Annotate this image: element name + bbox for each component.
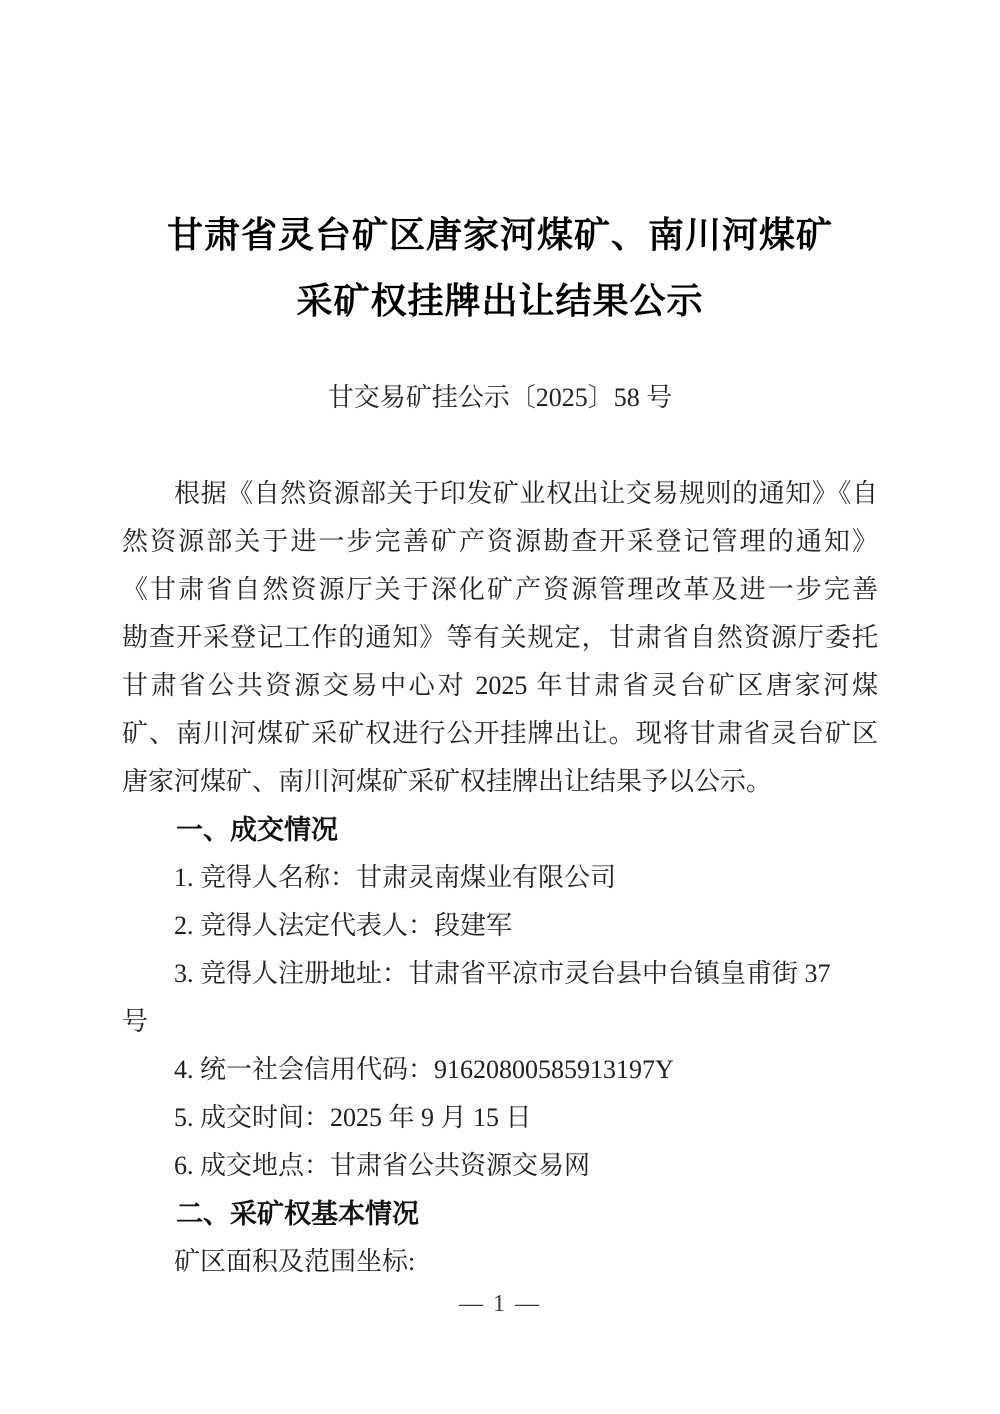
- list-item-continuation: 号: [122, 998, 878, 1046]
- intro-line: 甘肃省公共资源交易中心对 2025 年甘肃省灵台矿区唐家河煤: [122, 662, 878, 710]
- document-title-line2: 采矿权挂牌出让结果公示: [122, 268, 878, 334]
- list-item: 6. 成交地点：甘肃省公共资源交易网: [122, 1142, 878, 1190]
- intro-line: 然资源部关于进一步完善矿产资源勘查开采登记管理的通知》: [122, 518, 878, 566]
- document-title-line1: 甘肃省灵台矿区唐家河煤矿、南川河煤矿: [122, 202, 878, 268]
- list-item: 2. 竞得人法定代表人：段建军: [122, 902, 878, 950]
- page-number: — 1 —: [122, 1288, 878, 1320]
- section2-heading: 二、采矿权基本情况: [122, 1190, 878, 1238]
- intro-line: 《甘肃省自然资源厅关于深化矿产资源管理改革及进一步完善: [122, 566, 878, 614]
- document-page: 甘肃省灵台矿区唐家河煤矿、南川河煤矿 采矿权挂牌出让结果公示 甘交易矿挂公示〔2…: [0, 0, 1000, 1414]
- list-item: 5. 成交时间：2025 年 9 月 15 日: [122, 1094, 878, 1142]
- document-title: 甘肃省灵台矿区唐家河煤矿、南川河煤矿 采矿权挂牌出让结果公示: [122, 202, 878, 334]
- intro-line: 勘查开采登记工作的通知》等有关规定，甘肃省自然资源厅委托: [122, 614, 878, 662]
- intro-line: 唐家河煤矿、南川河煤矿采矿权挂牌出让结果予以公示。: [122, 758, 878, 806]
- section2-line: 矿区面积及范围坐标:: [122, 1238, 878, 1286]
- list-item: 4. 统一社会信用代码：91620800585913197Y: [122, 1046, 878, 1094]
- intro-line: 根据《自然资源部关于印发矿业权出让交易规则的通知》《自: [122, 470, 878, 518]
- section1-heading: 一、成交情况: [122, 806, 878, 854]
- intro-line: 矿、南川河煤矿采矿权进行公开挂牌出让。现将甘肃省灵台矿区: [122, 710, 878, 758]
- list-item: 3. 竞得人注册地址：甘肃省平凉市灵台县中台镇皇甫街 37: [122, 950, 878, 998]
- list-item: 1. 竞得人名称：甘肃灵南煤业有限公司: [122, 854, 878, 902]
- doc-number: 甘交易矿挂公示〔2025〕58 号: [122, 381, 878, 415]
- document-body: 根据《自然资源部关于印发矿业权出让交易规则的通知》《自 然资源部关于进一步完善矿…: [122, 470, 878, 1286]
